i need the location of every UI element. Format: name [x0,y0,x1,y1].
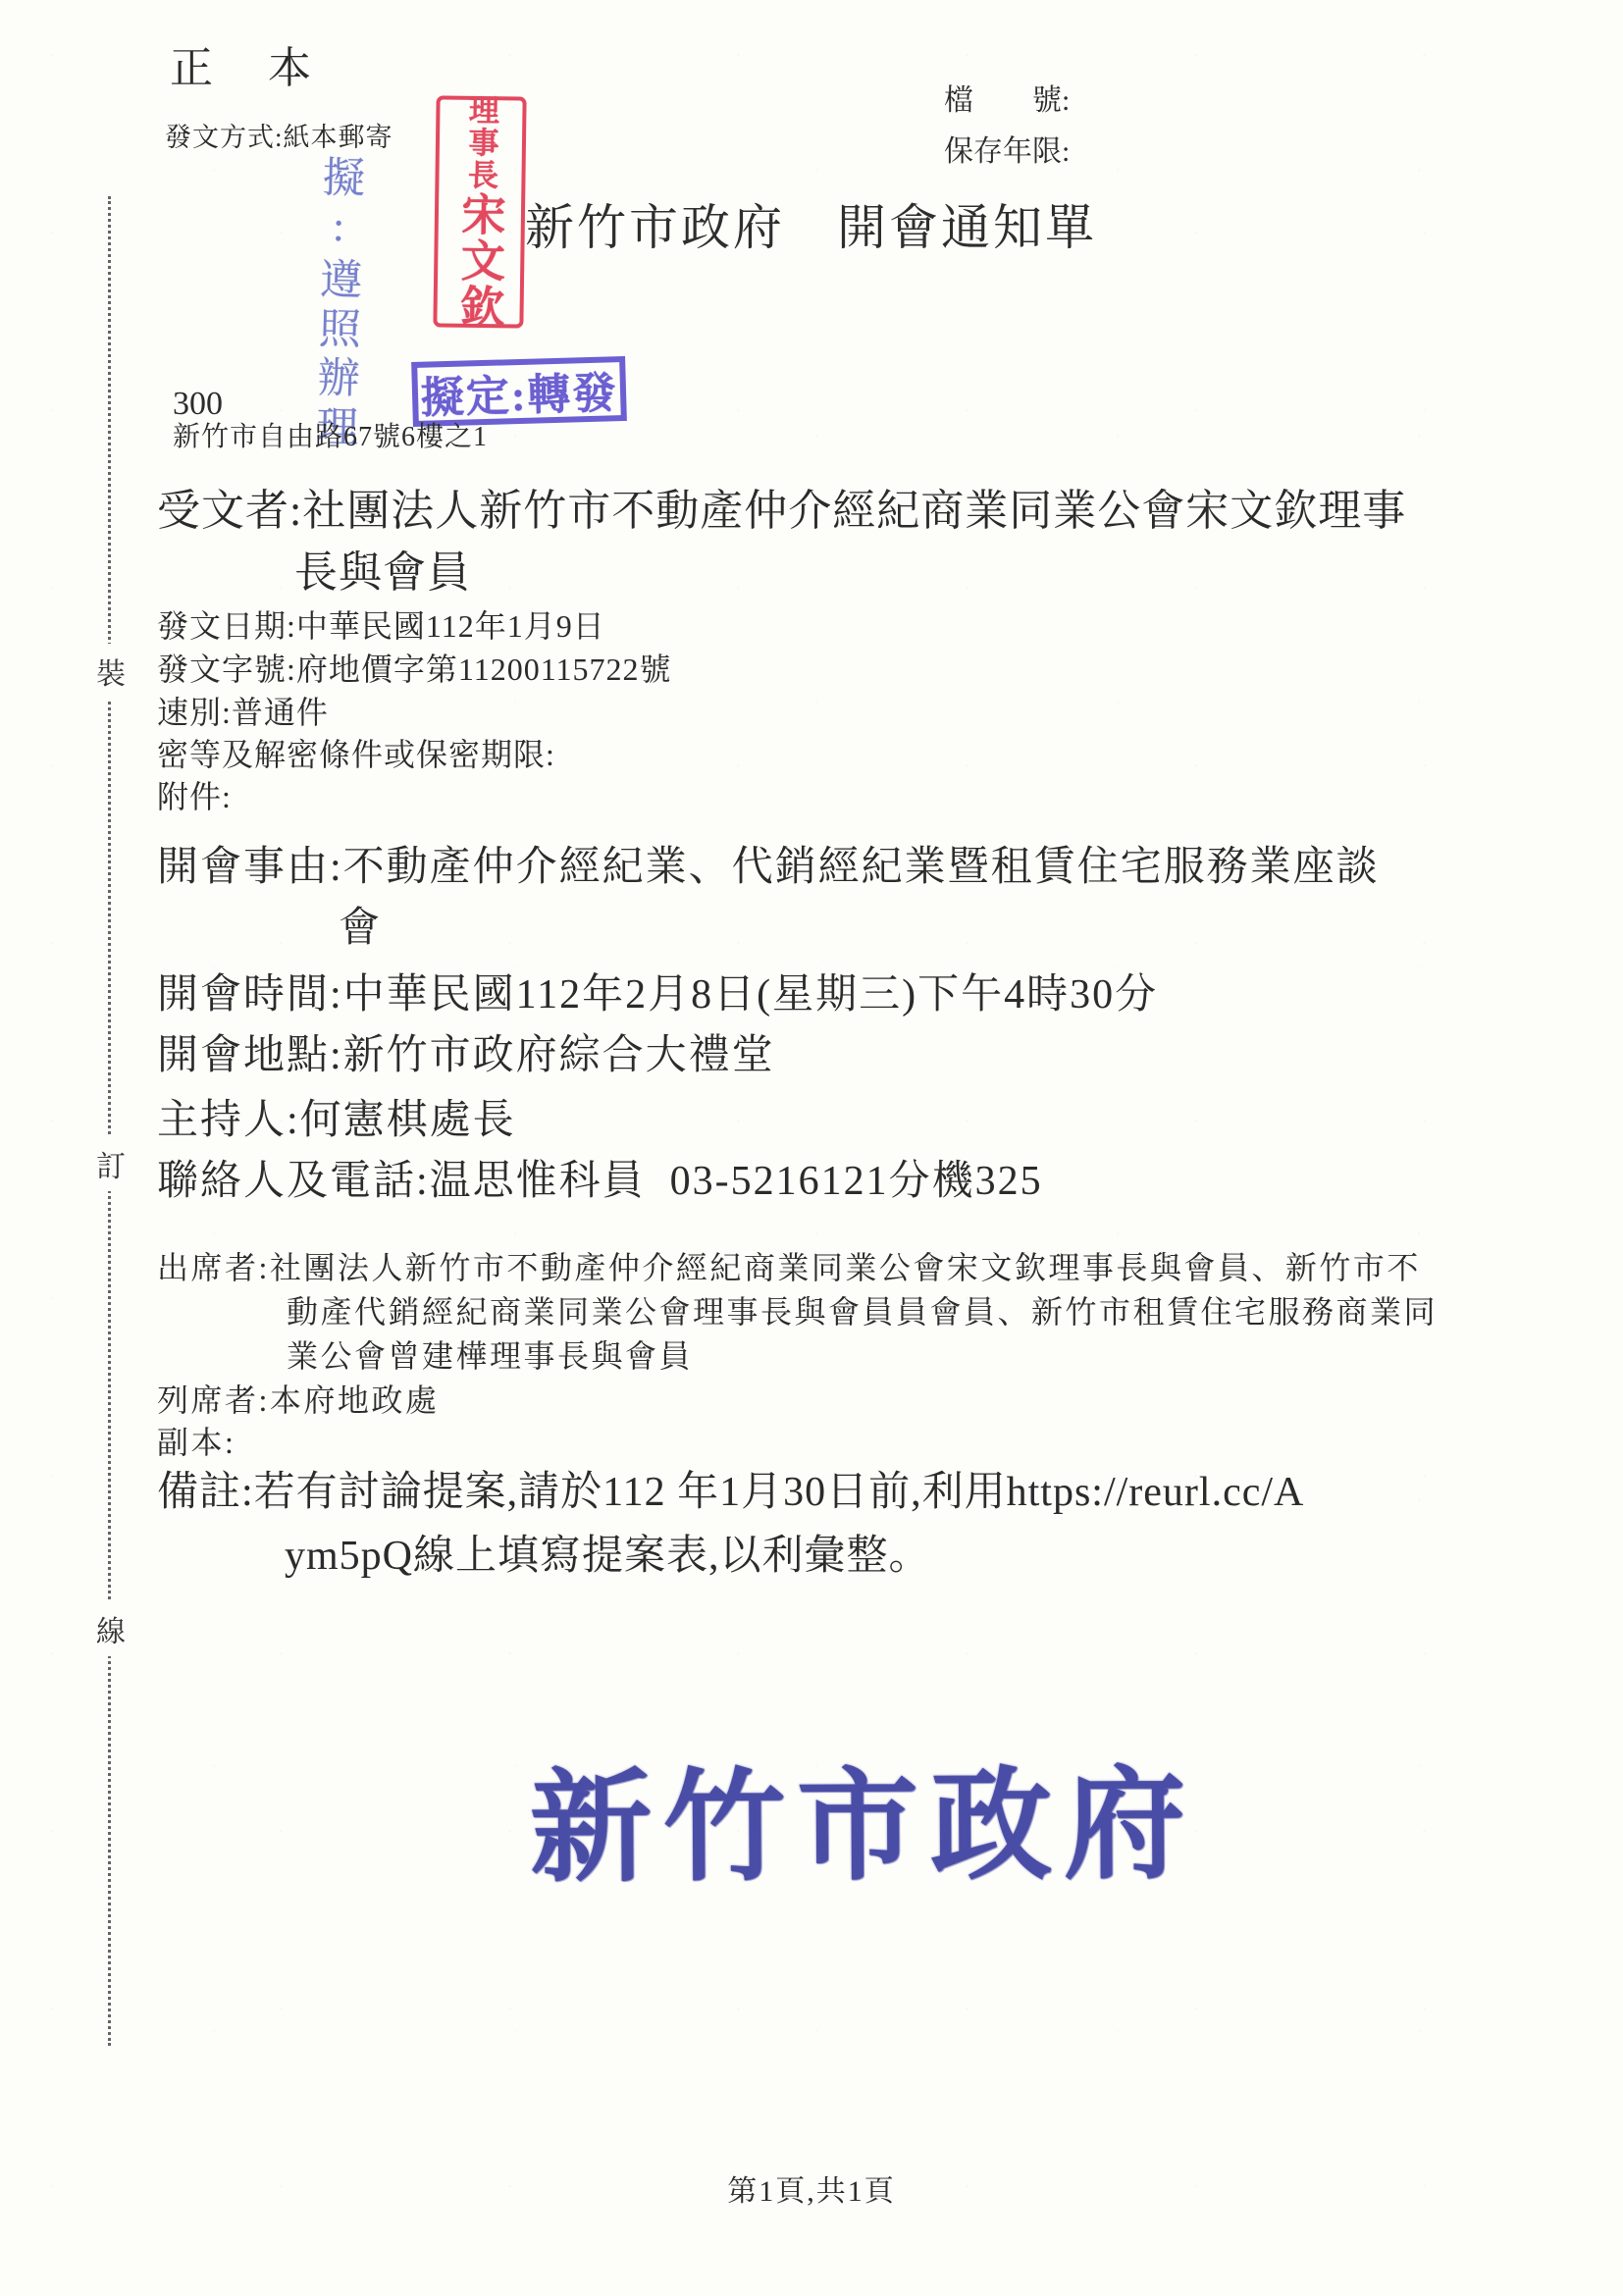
chairman-name-stamp: 理事長 宋文欽 [433,95,526,328]
recipient-line-2: 長與會員 [294,546,471,600]
observers-line: 列席者:本府地政處 [157,1381,439,1420]
binding-dotted-line [108,196,111,2046]
priority-line: 速別:普通件 [157,693,329,732]
remark-line-2: ym5pQ線上填寫提案表,以利彙整。 [285,1531,931,1583]
meeting-contact-line: 聯絡人及電話:温思惟科員 03-5216121分機325 [157,1156,1043,1208]
document-title: 新竹市政府 開會通知單 [525,197,1097,259]
chairman-stamp-title: 理事長 [458,94,503,192]
meeting-time-line: 開會時間:中華民國112年2月8日(星期三)下午4時30分 [157,969,1158,1021]
meeting-host-line: 主持人:何憲棋處長 [157,1095,516,1147]
recipient-line-1: 受文者:社團法人新竹市不動產仲介經紀商業同業公會宋文欽理事 [157,484,1406,538]
binding-label-xian: 線 [92,1601,130,1656]
security-classification-line: 密等及解密條件或保密期限: [157,735,555,774]
attachment-line: 附件: [157,777,232,816]
retention-period-label: 保存年限: [944,133,1070,171]
meeting-location-line: 開會地點:新竹市政府綜合大禮堂 [157,1030,775,1082]
meeting-subject-line-2: 會 [339,903,382,955]
attendees-line-3: 業公會曾建樺理事長與會員 [287,1336,693,1376]
meeting-subject-line-1: 開會事由:不動產仲介經紀業、代銷經紀業暨租賃住宅服務業座談 [157,842,1380,894]
file-number-label: 檔 號: [944,82,1070,120]
document-number-line: 發文字號:府地價字第11200115722號 [157,650,672,689]
attendees-line-1: 出席者:社團法人新竹市不動產仲介經紀商業同業公會宋文欽理事長與會員、新竹市不 [157,1248,1421,1287]
chairman-stamp-name: 宋文欽 [446,191,512,331]
binding-label-ding: 訂 [92,1136,130,1191]
agency-seal-stamp: 新竹市政府 [530,1727,1198,1905]
binding-label-zhuang: 裝 [92,644,130,699]
carbon-copy-line: 副本: [157,1423,236,1462]
page-number-footer: 第1頁,共1頁 [0,2173,1623,2211]
scanned-document-page: 裝 訂 線 正 本 發文方式:紙本郵寄 檔 號: 保存年限: 新竹市政府 開會通… [0,0,1623,2296]
recipient-street-address: 新竹市自由路67號6樓之1 [173,420,488,454]
delivery-method-label: 發文方式:紙本郵寄 [165,122,393,155]
remark-line-1: 備註:若有討論提案,請於112 年1月30日前,利用https://reurl.… [157,1467,1304,1519]
copy-type-label: 正 本 [170,41,317,95]
attendees-line-2: 動產代銷經紀商業同業公會理事長與會員員會員、新竹市租賃住宅服務商業同 [287,1292,1438,1331]
issue-date-line: 發文日期:中華民國112年1月9日 [157,606,605,646]
decision-stamp: 擬定:轉發 [411,356,627,427]
